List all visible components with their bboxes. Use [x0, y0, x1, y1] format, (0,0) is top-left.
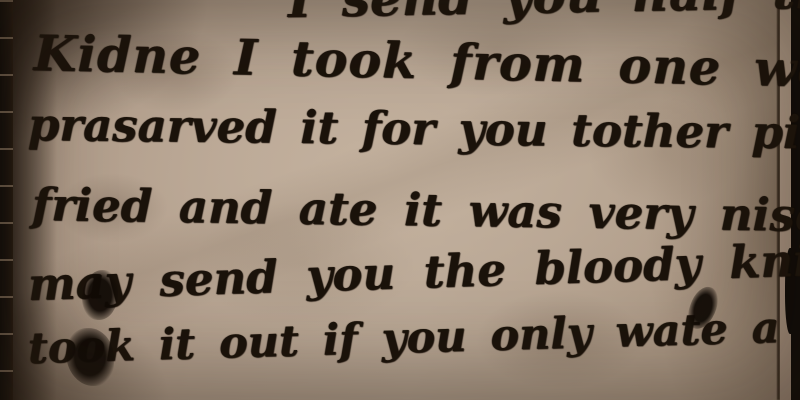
handwriting-line: I send you half the	[287, 0, 800, 29]
measuring-strip	[0, 0, 13, 400]
handwriting-line: may send you the bloody knif that	[27, 229, 800, 311]
handwriting-line: Kidne I took from one women	[33, 24, 800, 101]
letter-photograph: I send you half the Kidne I took from on…	[0, 0, 800, 400]
handwriting-line: fried and ate it was very nise I	[32, 178, 800, 243]
handwriting-line: prasarved it for you tother piece I	[28, 98, 800, 160]
handwriting-line: took it out if you only wate a whil	[27, 300, 800, 374]
